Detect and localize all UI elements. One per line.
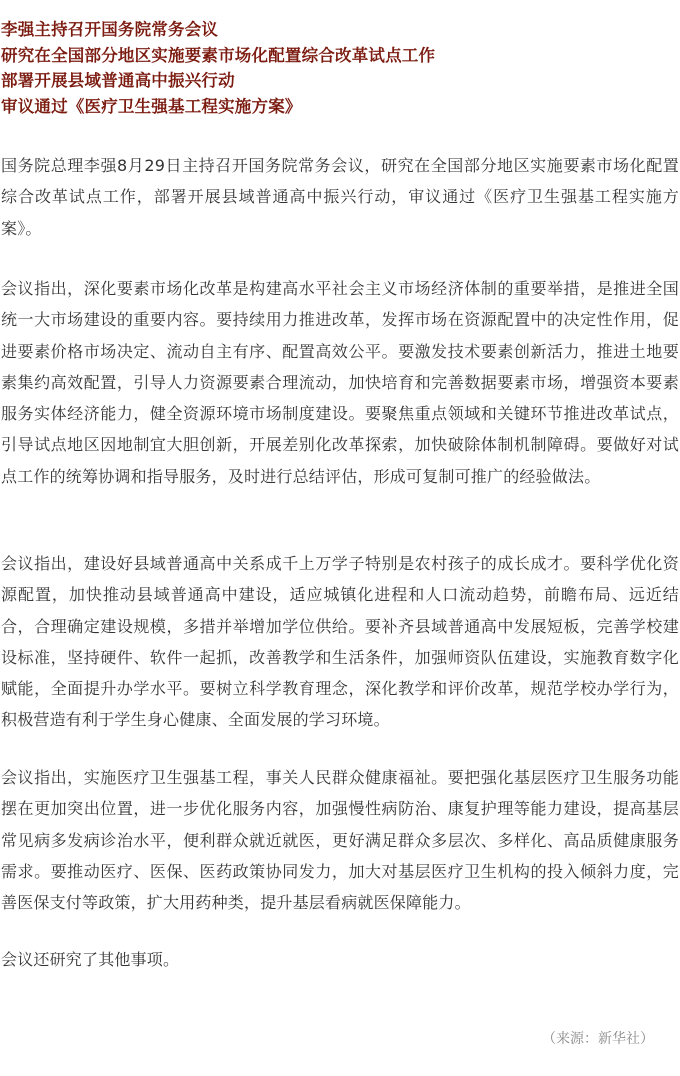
paragraph-intro: 国务院总理李强8月29日主持召开国务院常务会议，研究在全国部分地区实施要素市场化… bbox=[1, 150, 679, 244]
paragraph-other-matters: 会议还研究了其他事项。 bbox=[1, 944, 679, 975]
headline-block: 李强主持召开国务院常务会议 研究在全国部分地区实施要素市场化配置综合改革试点工作… bbox=[1, 17, 677, 119]
headline-line: 李强主持召开国务院常务会议 bbox=[1, 17, 677, 43]
paragraph-county-high-schools: 会议指出，建设好县域普通高中关系成千上万学子特别是农村孩子的成长成才。要科学优化… bbox=[1, 548, 679, 736]
headline-line: 研究在全国部分地区实施要素市场化配置综合改革试点工作 bbox=[1, 43, 677, 69]
paragraph-factor-market-reform: 会议指出，深化要素市场化改革是构建高水平社会主义市场经济体制的重要举措，是推进全… bbox=[1, 273, 679, 492]
source-attribution: （来源：新华社） bbox=[542, 1028, 654, 1050]
paragraph-medical-health: 会议指出，实施医疗卫生强基工程，事关人民群众健康福祉。要把强化基层医疗卫生服务功… bbox=[1, 762, 679, 918]
headline-line: 部署开展县域普通高中振兴行动 bbox=[1, 68, 677, 94]
headline-line: 审议通过《医疗卫生强基工程实施方案》 bbox=[1, 94, 677, 120]
